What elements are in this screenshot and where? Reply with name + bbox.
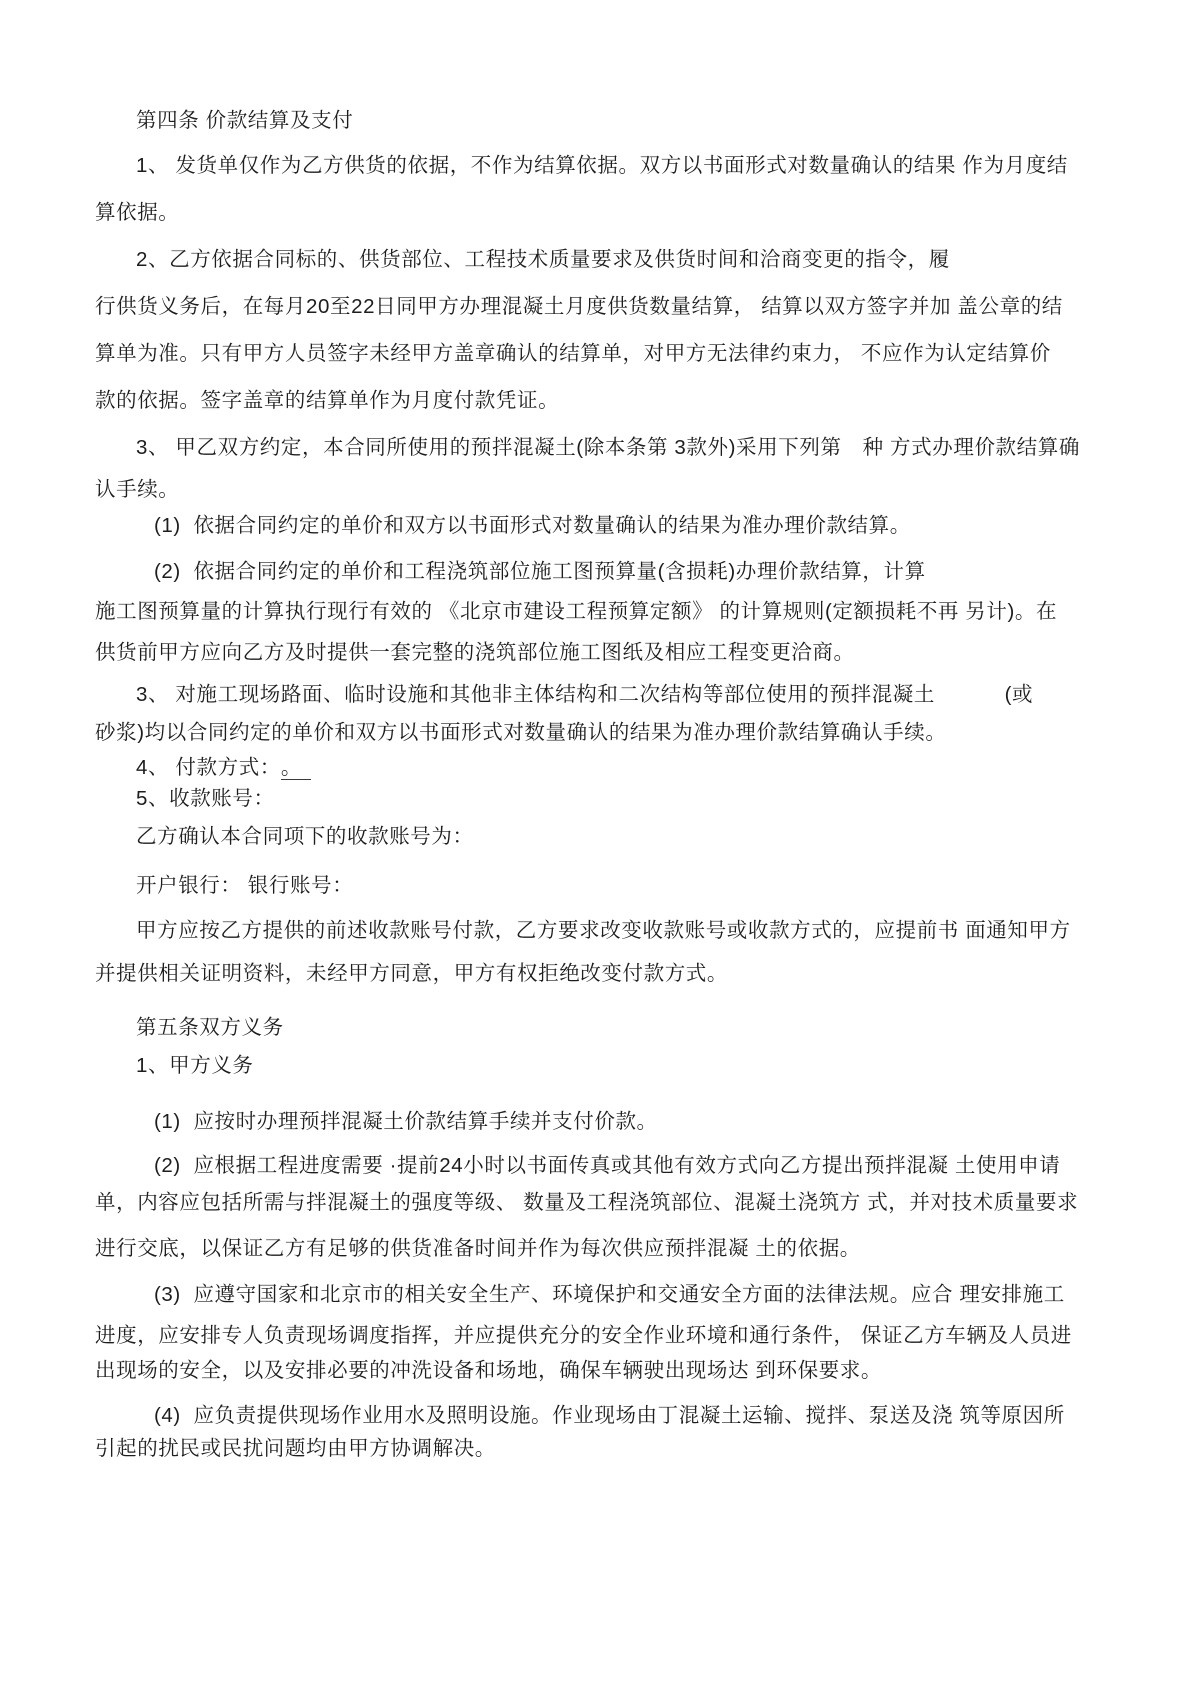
list-item-line: (1) 依据合同约定的单价和双方以书面形式对数量确认的结果为准办理价款结算。	[154, 513, 911, 539]
line-text: 2、乙方依据合同标的、供货部位、工程技术质量要求及供货时间和洽商变更的指令，履	[136, 248, 950, 271]
line-text: 5、收款账号：	[136, 787, 275, 810]
text-line: 3、 对施工现场路面、临时设施和其他非主体结构和二次结构等部位使用的预拌混凝土 …	[136, 682, 1033, 708]
text-line: 引起的扰民或民扰问题均由甲方协调解决。	[95, 1436, 496, 1462]
text-line: 款的依据。签字盖章的结算单作为月度付款凭证。	[95, 388, 559, 414]
line-text: (2) 依据合同约定的单价和工程浇筑部位施工图预算量(含损耗)办理价款结算，计算	[154, 560, 926, 583]
text-line: 进度，应安排专人负责现场调度指挥，并应提供充分的安全作业环境和通行条件， 保证乙…	[95, 1323, 1072, 1349]
text-line: 5、收款账号：	[136, 786, 275, 812]
line-text: (1) 依据合同约定的单价和双方以书面形式对数量确认的结果为准办理价款结算。	[154, 514, 911, 537]
list-item-line: (2) 依据合同约定的单价和工程浇筑部位施工图预算量(含损耗)办理价款结算，计算	[154, 559, 926, 585]
line-text: (1) 应按时办理预拌混凝土价款结算手续并支付价款。	[154, 1110, 658, 1133]
list-item-line: (2) 应根据工程进度需要 ·提前24小时以书面传真或其他有效方式向乙方提出预拌…	[154, 1153, 1060, 1179]
text-line: 供货前甲方应向乙方及时提供一套完整的浇筑部位施工图纸及相应工程变更洽商。	[95, 640, 855, 666]
text-line: 1、甲方义务	[136, 1053, 254, 1079]
line-text: 认手续。	[95, 478, 179, 501]
line-text: 并提供相关证明资料，未经甲方同意，甲方有权拒绝改变付款方式。	[95, 962, 728, 985]
text-line: 算单为准。只有甲方人员签字未经甲方盖章确认的结算单，对甲方无法律约束力， 不应作…	[95, 341, 1051, 367]
line-text: 乙方确认本合同项下的收款账号为：	[136, 825, 474, 848]
line-text: 出现场的安全，以及安排必要的冲洗设备和场地，确保车辆驶出现场达 到环保要求。	[95, 1359, 882, 1382]
text-line: 砂浆)均以合同约定的单价和双方以书面形式对数量确认的结果为准办理价款结算确认手续…	[95, 720, 946, 746]
clause-heading: 第四条 价款结算及支付	[136, 108, 353, 134]
line-text: 第四条 价款结算及支付	[136, 109, 353, 132]
clause-heading: 第五条双方义务	[136, 1015, 284, 1041]
text-line: 行供货义务后，在每月20至22日同甲方办理混凝土月度供货数量结算， 结算以双方签…	[95, 294, 1063, 320]
line-text: 单，内容应包括所需与拌混凝土的强度等级、 数量及工程浇筑部位、混凝土浇筑方 式，…	[95, 1191, 1078, 1214]
text-line: 算依据。	[95, 200, 179, 226]
line-text: 1、甲方义务	[136, 1054, 254, 1077]
text-line: 认手续。	[95, 477, 179, 503]
line-text: 4、 付款方式：	[136, 756, 281, 779]
document-page: 第四条 价款结算及支付1、 发货单仅作为乙方供货的依据，不作为结算依据。双方以书…	[0, 0, 1194, 1691]
list-item-line: (1) 应按时办理预拌混凝土价款结算手续并支付价款。	[154, 1109, 658, 1135]
text-line: 施工图预算量的计算执行现行有效的 《北京市建设工程预算定额》 的计算规则(定额损…	[95, 599, 1057, 625]
line-text: 开户银行： 银行账号：	[136, 874, 353, 897]
line-text: 砂浆)均以合同约定的单价和双方以书面形式对数量确认的结果为准办理价款结算确认手续…	[95, 721, 946, 744]
line-text: 进度，应安排专人负责现场调度指挥，并应提供充分的安全作业环境和通行条件， 保证乙…	[95, 1324, 1072, 1347]
line-text: 施工图预算量的计算执行现行有效的 《北京市建设工程预算定额》 的计算规则(定额损…	[95, 600, 1057, 623]
text-line: 1、 发货单仅作为乙方供货的依据，不作为结算依据。双方以书面形式对数量确认的结果…	[136, 153, 1068, 179]
text-line: 3、 甲乙双方约定，本合同所使用的预拌混凝土(除本条第 3款外)采用下列第 种 …	[136, 435, 1080, 461]
line-text: 3、 甲乙双方约定，本合同所使用的预拌混凝土(除本条第 3款外)采用下列第 种 …	[136, 436, 1080, 459]
text-line: 单，内容应包括所需与拌混凝土的强度等级、 数量及工程浇筑部位、混凝土浇筑方 式，…	[95, 1190, 1078, 1216]
list-item-line: (4) 应负责提供现场作业用水及照明设施。作业现场由丁混凝土运输、搅拌、泵送及浇…	[154, 1403, 1065, 1429]
line-text: 3、 对施工现场路面、临时设施和其他非主体结构和二次结构等部位使用的预拌混凝土 …	[136, 683, 1033, 706]
text-line: 并提供相关证明资料，未经甲方同意，甲方有权拒绝改变付款方式。	[95, 961, 728, 987]
line-text: 进行交底，以保证乙方有足够的供货准备时间并作为每次供应预拌混凝 土的依据。	[95, 1237, 861, 1260]
line-text: 甲方应按乙方提供的前述收款账号付款，乙方要求改变收款账号或收款方式的，应提前书 …	[136, 919, 1071, 942]
list-item-line: (3) 应遵守国家和北京市的相关安全生产、环境保护和交通安全方面的法律法规。应合…	[154, 1282, 1065, 1308]
line-text: 第五条双方义务	[136, 1016, 284, 1039]
line-text: 1、 发货单仅作为乙方供货的依据，不作为结算依据。双方以书面形式对数量确认的结果…	[136, 154, 1068, 177]
line-text: (4) 应负责提供现场作业用水及照明设施。作业现场由丁混凝土运输、搅拌、泵送及浇…	[154, 1404, 1065, 1427]
document-body: 第四条 价款结算及支付1、 发货单仅作为乙方供货的依据，不作为结算依据。双方以书…	[0, 0, 1194, 1691]
line-text: (2) 应根据工程进度需要 ·提前24小时以书面传真或其他有效方式向乙方提出预拌…	[154, 1154, 1060, 1177]
text-line: 2、乙方依据合同标的、供货部位、工程技术质量要求及供货时间和洽商变更的指令，履	[136, 247, 950, 273]
line-text: 款的依据。签字盖章的结算单作为月度付款凭证。	[95, 389, 559, 412]
fill-in-blank: 。	[281, 757, 311, 780]
text-line: 出现场的安全，以及安排必要的冲洗设备和场地，确保车辆驶出现场达 到环保要求。	[95, 1358, 882, 1384]
line-text: 算单为准。只有甲方人员签字未经甲方盖章确认的结算单，对甲方无法律约束力， 不应作…	[95, 342, 1051, 365]
text-line: 进行交底，以保证乙方有足够的供货准备时间并作为每次供应预拌混凝 土的依据。	[95, 1236, 861, 1262]
text-line: 开户银行： 银行账号：	[136, 873, 353, 899]
line-text: 算依据。	[95, 201, 179, 224]
line-text: (3) 应遵守国家和北京市的相关安全生产、环境保护和交通安全方面的法律法规。应合…	[154, 1283, 1065, 1306]
line-text: 引起的扰民或民扰问题均由甲方协调解决。	[95, 1437, 496, 1460]
line-text: 行供货义务后，在每月20至22日同甲方办理混凝土月度供货数量结算， 结算以双方签…	[95, 295, 1063, 318]
text-line: 乙方确认本合同项下的收款账号为：	[136, 824, 474, 850]
text-line: 甲方应按乙方提供的前述收款账号付款，乙方要求改变收款账号或收款方式的，应提前书 …	[136, 918, 1071, 944]
text-line: 4、 付款方式：。	[136, 755, 311, 781]
line-text: 供货前甲方应向乙方及时提供一套完整的浇筑部位施工图纸及相应工程变更洽商。	[95, 641, 855, 664]
